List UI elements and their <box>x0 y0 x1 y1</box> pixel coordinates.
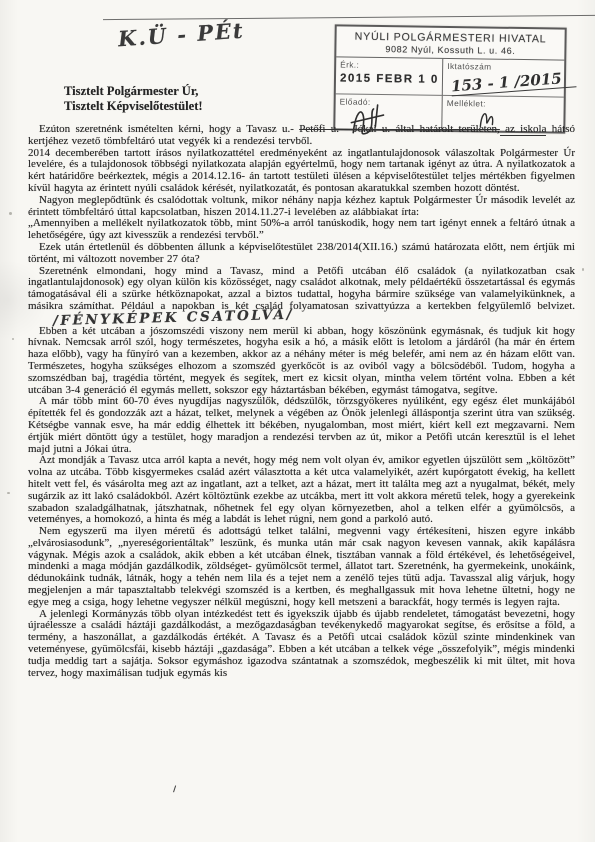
paragraph-2: 2014 decemberében tartott írásos nyilatk… <box>28 148 575 195</box>
pen-mark <box>173 785 180 793</box>
salutation: Tisztelt Polgármester Úr, Tisztelt Képvi… <box>64 84 203 113</box>
scan-speckle <box>9 212 12 215</box>
scanned-letter-page: K.Ü - PÉt NYÚLI POLGÁRMESTERI HIVATAL 90… <box>0 0 595 842</box>
salutation-line-2: Tisztelt Képviselőtestület! <box>64 99 203 114</box>
salutation-line-1: Tisztelt Polgármester Úr, <box>64 84 203 99</box>
stamp-received-date: 2015 FEBR 1 0 <box>340 72 438 85</box>
received-stamp: NYÚLI POLGÁRMESTERI HIVATAL 9082 Nyúl, K… <box>333 24 566 133</box>
scan-speckle <box>7 492 10 494</box>
scan-speckle <box>582 268 584 271</box>
stamp-received-cell: Érk.: 2015 FEBR 1 0 <box>336 57 444 95</box>
quoted-text: „Amennyiben a mellékelt nyilatkozatok tö… <box>28 218 575 242</box>
stamp-header: NYÚLI POLGÁRMESTERI HIVATAL 9082 Nyúl, K… <box>336 26 564 60</box>
underline-annotation: az iskola <box>500 123 547 136</box>
handwritten-note-top: K.Ü - PÉt <box>117 18 245 52</box>
scan-artifact-line <box>103 15 595 21</box>
handwritten-file-number: 153 - 1 /2015 <box>451 68 577 96</box>
paragraph-4: Ezek után értetlenül és döbbenten állunk… <box>28 242 575 266</box>
stamp-grid: Érk.: 2015 FEBR 1 0 Iktatószám 153 - 1 /… <box>335 57 564 131</box>
strikethrough-annotation: Petőfi u. - Jókai u. által határolt terü… <box>299 123 500 135</box>
scan-speckle <box>12 338 14 340</box>
paragraph-10: A jelenlegi Kormányzás több olyan intézk… <box>28 609 575 680</box>
paragraph-1: Ezúton szeretnénk ismételten kérni, hogy… <box>28 124 575 148</box>
paragraph-6: Ebben a két utcában a jószomszédi viszon… <box>28 326 575 397</box>
letter-body: Ezúton szeretnénk ismételten kérni, hogy… <box>28 124 575 679</box>
paragraph-5-text: Szeretnénk elmondani, hogy mind a Tavasz… <box>28 265 575 312</box>
paragraph-1-pre: Ezúton szeretnénk ismételten kérni, hogy… <box>39 123 299 135</box>
stamp-office-address: 9082 Nyúl, Kossuth L. u. 46. <box>338 43 562 56</box>
paragraph-3: Nagyon meglepődtünk és csalódottak voltu… <box>28 195 575 219</box>
paragraph-7: A már több mint 60-70 éves nyugdíjas nag… <box>28 396 575 455</box>
paragraph-5: Szeretnénk elmondani, hogy mind a Tavasz… <box>28 266 575 326</box>
paragraph-8: Azt mondják a Tavasz utca arról kapta a … <box>28 455 575 526</box>
paragraph-9: Nem egyszerű ma ilyen méretű és adottság… <box>28 526 575 609</box>
stamp-attachment-label: Melléklet: <box>447 98 560 110</box>
stamp-file-number-cell: Iktatószám 153 - 1 /2015 <box>443 59 564 98</box>
stamp-received-label: Érk.: <box>340 59 438 70</box>
